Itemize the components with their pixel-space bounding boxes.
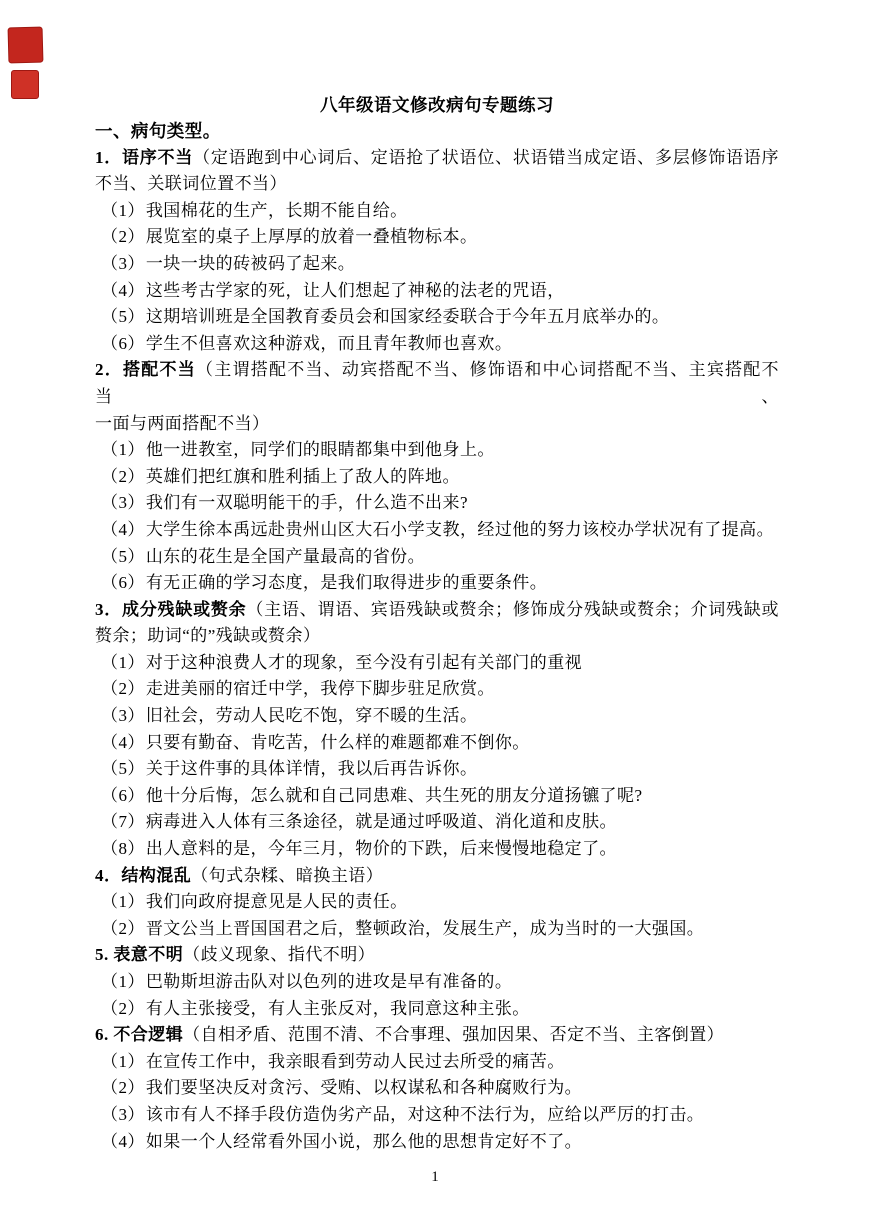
section-4-heading: 4．结构混乱（句式杂糅、暗换主语） [95,863,779,890]
item-number: （1） [101,1052,145,1071]
item-number: （3） [101,706,145,725]
section-1-heading-cont: 不当、关联词位置不当） [95,171,779,198]
item-number: （6） [101,573,145,592]
section-1-heading: 1．语序不当（定语跑到中心词后、定语抢了状语位、状语错当成定语、多层修饰语语序 [95,145,779,172]
section-2-note: （主谓搭配不当、动宾搭配不当、修饰语和中心词搭配不当、主宾搭配不当、 [95,360,779,406]
section-1-keyword: 语序不当 [122,148,193,167]
exercise-item-2-2: （2）英雄们把红旗和胜利插上了敌人的阵地。 [95,464,779,491]
item-text: 大学生徐本禹远赴贵州山区大石小学支教，经过他的努力该校办学状况有了提高。 [146,520,774,539]
exercise-item-3-7: （7）病毒进入人体有三条途径，就是通过呼吸道、消化道和皮肤。 [95,809,779,836]
exercise-item-2-4: （4）大学生徐本禹远赴贵州山区大石小学支教，经过他的努力该校办学状况有了提高。 [95,517,779,544]
item-number: （6） [101,786,145,805]
exercise-item-1-3: （3）一块一块的砖被码了起来。 [95,251,779,278]
item-number: （5） [101,307,145,326]
exercise-item-2-1: （1）他一进教室，同学们的眼睛都集中到他身上。 [95,437,779,464]
exercise-item-3-5: （5）关于这件事的具体详情，我以后再告诉你。 [95,756,779,783]
item-text: 有人主张接受，有人主张反对，我同意这种主张。 [146,999,530,1018]
item-text: 山东的花生是全国产量最高的省份。 [146,547,425,566]
section-2-number: 2． [95,360,123,379]
section-3-note: （主语、谓语、宾语残缺或赘余；修饰成分残缺或赘余；介词残缺或 [246,600,779,619]
item-number: （4） [101,520,145,539]
item-number: （1） [101,201,145,220]
exercise-item-2-3: （3）我们有一双聪明能干的手，什么造不出来? [95,490,779,517]
red-stamp-icon [8,27,44,64]
section-2-heading: 2．搭配不当（主谓搭配不当、动宾搭配不当、修饰语和中心词搭配不当、主宾搭配不当、 [95,357,779,410]
red-stamp-small-icon [11,70,39,99]
section-3-keyword: 成分残缺或赘余 [122,600,246,619]
item-number: （3） [101,1105,145,1124]
section-5-keyword: 表意不明 [113,945,183,964]
item-number: （2） [101,999,145,1018]
exercise-item-5-2: （2）有人主张接受，有人主张反对，我同意这种主张。 [95,996,779,1023]
item-number: （3） [101,254,145,273]
item-number: （6） [101,334,145,353]
item-number: （2） [101,467,145,486]
section-6-heading: 6. 不合逻辑（自相矛盾、范围不清、不合事理、强加因果、否定不当、主客倒置） [95,1022,779,1049]
item-text: 他十分后悔，怎么就和自己同患难、共生死的朋友分道扬镳了呢? [146,786,643,805]
item-number: （1） [101,440,145,459]
section-1-note: （定语跑到中心词后、定语抢了状语位、状语错当成定语、多层修饰语语序 [193,148,779,167]
exercise-item-6-1: （1）在宣传工作中，我亲眼看到劳动人民过去所受的痛苦。 [95,1049,779,1076]
item-number: （2） [101,919,145,938]
section-6-note: （自相矛盾、范围不清、不合事理、强加因果、否定不当、主客倒置） [183,1025,724,1044]
item-number: （1） [101,972,145,991]
item-text: 英雄们把红旗和胜利插上了敌人的阵地。 [146,467,460,486]
item-text: 只要有勤奋、肯吃苦，什么样的难题都难不倒你。 [146,733,530,752]
item-number: （4） [101,281,145,300]
item-text: 走进美丽的宿迁中学，我停下脚步驻足欣赏。 [146,679,495,698]
section-1-number: 1． [95,148,122,167]
item-text: 这期培训班是全国教育委员会和国家经委联合于今年五月底举办的。 [146,307,670,326]
item-text: 在宣传工作中，我亲眼看到劳动人民过去所受的痛苦。 [146,1052,565,1071]
item-number: （8） [101,839,145,858]
section-4-keyword: 结构混乱 [121,866,191,885]
section-3-number: 3． [95,600,122,619]
exercise-item-3-6: （6）他十分后悔，怎么就和自己同患难、共生死的朋友分道扬镳了呢? [95,783,779,810]
exercise-item-3-4: （4）只要有勤奋、肯吃苦，什么样的难题都难不倒你。 [95,730,779,757]
item-text: 对于这种浪费人才的现象，至今没有引起有关部门的重视 [146,653,582,672]
item-number: （1） [101,892,145,911]
page-number: 1 [0,1167,870,1187]
item-number: （3） [101,493,145,512]
item-text: 我们有一双聪明能干的手，什么造不出来? [146,493,468,512]
document-body: 八年级语文修改病句专题练习 一、病句类型。 1．语序不当（定语跑到中心词后、定语… [95,92,779,1155]
item-text: 病毒进入人体有三条途径，就是通过呼吸道、消化道和皮肤。 [146,812,617,831]
section-2-keyword: 搭配不当 [123,360,196,379]
item-number: （7） [101,812,145,831]
item-number: （5） [101,759,145,778]
item-text: 我国棉花的生产，长期不能自给。 [146,201,408,220]
exercise-item-1-2: （2）展览室的桌子上厚厚的放着一叠植物标本。 [95,224,779,251]
section-5-note: （歧义现象、指代不明） [183,945,375,964]
section-6-number: 6. [95,1025,113,1044]
section-heading-types: 一、病句类型。 [95,118,779,145]
item-number: （1） [101,653,145,672]
section-5-heading: 5. 表意不明（歧义现象、指代不明） [95,942,779,969]
exercise-item-6-2: （2）我们要坚决反对贪污、受贿、以权谋私和各种腐败行为。 [95,1075,779,1102]
item-text: 有无正确的学习态度，是我们取得进步的重要条件。 [146,573,547,592]
item-number: （2） [101,679,145,698]
section-3-heading: 3．成分残缺或赘余（主语、谓语、宾语残缺或赘余；修饰成分残缺或赘余；介词残缺或 [95,597,779,624]
item-text: 如果一个人经常看外国小说，那么他的思想肯定好不了。 [146,1132,582,1151]
exercise-item-5-1: （1）巴勒斯坦游击队对以色列的进攻是早有准备的。 [95,969,779,996]
section-3-heading-cont: 赘余；助词“的”残缺或赘余） [95,623,779,650]
section-4-note: （句式杂糅、暗换主语） [191,866,383,885]
section-6-keyword: 不合逻辑 [113,1025,183,1044]
section-5-number: 5. [95,945,113,964]
exercise-item-1-6: （6）学生不但喜欢这种游戏，而且青年教师也喜欢。 [95,331,779,358]
exercise-item-1-5: （5）这期培训班是全国教育委员会和国家经委联合于今年五月底举办的。 [95,304,779,331]
item-text: 我们要坚决反对贪污、受贿、以权谋私和各种腐败行为。 [146,1078,582,1097]
item-number: （5） [101,547,145,566]
item-text: 这些考古学家的死，让人们想起了神秘的法老的咒语， [146,281,565,300]
exercise-item-1-4: （4）这些考古学家的死，让人们想起了神秘的法老的咒语， [95,278,779,305]
exercise-item-3-2: （2）走进美丽的宿迁中学，我停下脚步驻足欣赏。 [95,676,779,703]
item-text: 巴勒斯坦游击队对以色列的进攻是早有准备的。 [146,972,512,991]
item-text: 关于这件事的具体详情，我以后再告诉你。 [146,759,478,778]
item-text: 学生不但喜欢这种游戏，而且青年教师也喜欢。 [146,334,512,353]
item-text: 他一进教室，同学们的眼睛都集中到他身上。 [146,440,495,459]
item-text: 一块一块的砖被码了起来。 [146,254,355,273]
exercise-item-2-6: （6）有无正确的学习态度，是我们取得进步的重要条件。 [95,570,779,597]
exercise-item-3-8: （8）出人意料的是，今年三月，物价的下跌，后来慢慢地稳定了。 [95,836,779,863]
item-text: 晋文公当上晋国国君之后，整顿政治，发展生产，成为当时的一大强国。 [146,919,704,938]
item-text: 出人意料的是，今年三月，物价的下跌，后来慢慢地稳定了。 [146,839,617,858]
section-2-heading-cont: 一面与两面搭配不当） [95,411,779,438]
item-number: （4） [101,1132,145,1151]
exercise-item-3-3: （3）旧社会，劳动人民吃不饱，穿不暖的生活。 [95,703,779,730]
exercise-item-1-1: （1）我国棉花的生产，长期不能自给。 [95,198,779,225]
item-text: 该市有人不择手段仿造伪劣产品，对这种不法行为，应给以严厉的打击。 [146,1105,704,1124]
item-number: （4） [101,733,145,752]
item-number: （2） [101,1078,145,1097]
item-text: 旧社会，劳动人民吃不饱，穿不暖的生活。 [146,706,478,725]
item-text: 展览室的桌子上厚厚的放着一叠植物标本。 [146,227,478,246]
section-4-number: 4． [95,866,121,885]
exercise-item-4-1: （1）我们向政府提意见是人民的责任。 [95,889,779,916]
exercise-item-6-4: （4）如果一个人经常看外国小说，那么他的思想肯定好不了。 [95,1129,779,1156]
page-title: 八年级语文修改病句专题练习 [95,92,779,118]
exercise-item-4-2: （2）晋文公当上晋国国君之后，整顿政治，发展生产，成为当时的一大强国。 [95,916,779,943]
document-page: 八年级语文修改病句专题练习 一、病句类型。 1．语序不当（定语跑到中心词后、定语… [0,0,870,1229]
exercise-item-3-1: （1）对于这种浪费人才的现象，至今没有引起有关部门的重视 [95,650,779,677]
exercise-item-2-5: （5）山东的花生是全国产量最高的省份。 [95,544,779,571]
item-text: 我们向政府提意见是人民的责任。 [146,892,408,911]
item-number: （2） [101,227,145,246]
exercise-item-6-3: （3）该市有人不择手段仿造伪劣产品，对这种不法行为，应给以严厉的打击。 [95,1102,779,1129]
